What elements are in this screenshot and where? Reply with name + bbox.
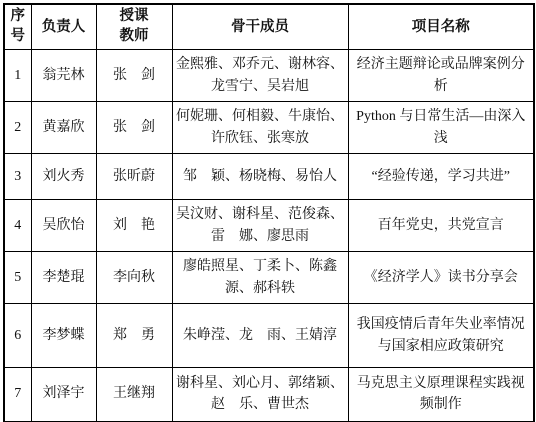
cell-no: 2	[4, 102, 31, 154]
cell-no: 4	[4, 200, 31, 252]
cell-project: 我国疫情后青年失业率情况与国家相应政策研究	[348, 304, 534, 368]
cell-teacher: 郑 勇	[96, 304, 172, 368]
cell-members: 廖皓照星、丁柔卜、陈鑫源、郝科轶	[172, 252, 348, 304]
cell-teacher: 王继翔	[96, 368, 172, 422]
table-header: 序号负责人授课教师骨干成员项目名称	[4, 4, 534, 50]
cell-teacher: 刘 艳	[96, 200, 172, 252]
cell-no: 1	[4, 50, 31, 102]
header-teacher-label: 授课教师	[118, 7, 150, 46]
cell-teacher: 李向秋	[96, 252, 172, 304]
cell-no: 6	[4, 304, 31, 368]
cell-leader: 李楚琨	[31, 252, 96, 304]
header-members: 骨干成员	[172, 4, 348, 50]
cell-teacher: 张 剑	[96, 102, 172, 154]
cell-project: “经验传递，学习共进”	[348, 154, 534, 200]
cell-leader: 李梦蝶	[31, 304, 96, 368]
cell-members: 何妮珊、何相毅、牛康怡、许欣钰、张寒放	[172, 102, 348, 154]
cell-leader: 吴欣怡	[31, 200, 96, 252]
cell-project: 经济主题辩论或品牌案例分析	[348, 50, 534, 102]
header-teacher: 授课教师	[96, 4, 172, 50]
table-row: 7刘泽宇王继翔谢科星、刘心月、郭绪颖、赵 乐、曹世杰马克思主义原理课程实践视频制…	[4, 368, 534, 422]
header-row: 序号负责人授课教师骨干成员项目名称	[4, 4, 534, 50]
header-no-label: 序号	[10, 7, 26, 46]
cell-leader: 翁芫林	[31, 50, 96, 102]
cell-members: 谢科星、刘心月、郭绪颖、赵 乐、曹世杰	[172, 368, 348, 422]
table-row: 2黄嘉欣张 剑何妮珊、何相毅、牛康怡、许欣钰、张寒放Python 与日常生活—由…	[4, 102, 534, 154]
header-no: 序号	[4, 4, 31, 50]
header-members-label: 骨干成员	[231, 19, 289, 35]
cell-teacher: 张 剑	[96, 50, 172, 102]
cell-no: 3	[4, 154, 31, 200]
cell-project: Python 与日常生活—由深入浅	[348, 102, 534, 154]
header-project: 项目名称	[348, 4, 534, 50]
header-leader: 负责人	[31, 4, 96, 50]
cell-no: 5	[4, 252, 31, 304]
cell-members: 朱峥滢、龙 雨、王婧淳	[172, 304, 348, 368]
cell-members: 金熙雅、邓乔元、谢林容、龙雪宁、吴岩旭	[172, 50, 348, 102]
cell-project: 马克思主义原理课程实践视频制作	[348, 368, 534, 422]
document-page: 序号负责人授课教师骨干成员项目名称 1翁芫林张 剑金熙雅、邓乔元、谢林容、龙雪宁…	[0, 0, 536, 422]
cell-teacher: 张昕蔚	[96, 154, 172, 200]
cell-members: 吴汶财、谢科星、范俊森、雷 娜、廖思雨	[172, 200, 348, 252]
project-table: 序号负责人授课教师骨干成员项目名称 1翁芫林张 剑金熙雅、邓乔元、谢林容、龙雪宁…	[3, 3, 535, 422]
table-body: 1翁芫林张 剑金熙雅、邓乔元、谢林容、龙雪宁、吴岩旭经济主题辩论或品牌案例分析2…	[4, 50, 534, 422]
cell-project: 百年党史，共党宣言	[348, 200, 534, 252]
cell-leader: 刘泽宇	[31, 368, 96, 422]
cell-members: 邹 颖、杨晓梅、易怡人	[172, 154, 348, 200]
table-row: 1翁芫林张 剑金熙雅、邓乔元、谢林容、龙雪宁、吴岩旭经济主题辩论或品牌案例分析	[4, 50, 534, 102]
cell-no: 7	[4, 368, 31, 422]
header-project-label: 项目名称	[412, 19, 470, 35]
cell-leader: 刘火秀	[31, 154, 96, 200]
table-row: 4吴欣怡刘 艳吴汶财、谢科星、范俊森、雷 娜、廖思雨百年党史，共党宣言	[4, 200, 534, 252]
table-row: 3刘火秀张昕蔚邹 颖、杨晓梅、易怡人“经验传递，学习共进”	[4, 154, 534, 200]
cell-leader: 黄嘉欣	[31, 102, 96, 154]
table-row: 6李梦蝶郑 勇朱峥滢、龙 雨、王婧淳我国疫情后青年失业率情况与国家相应政策研究	[4, 304, 534, 368]
cell-project: 《经济学人》读书分享会	[348, 252, 534, 304]
header-leader-label: 负责人	[42, 19, 86, 35]
table-row: 5李楚琨李向秋廖皓照星、丁柔卜、陈鑫源、郝科轶《经济学人》读书分享会	[4, 252, 534, 304]
